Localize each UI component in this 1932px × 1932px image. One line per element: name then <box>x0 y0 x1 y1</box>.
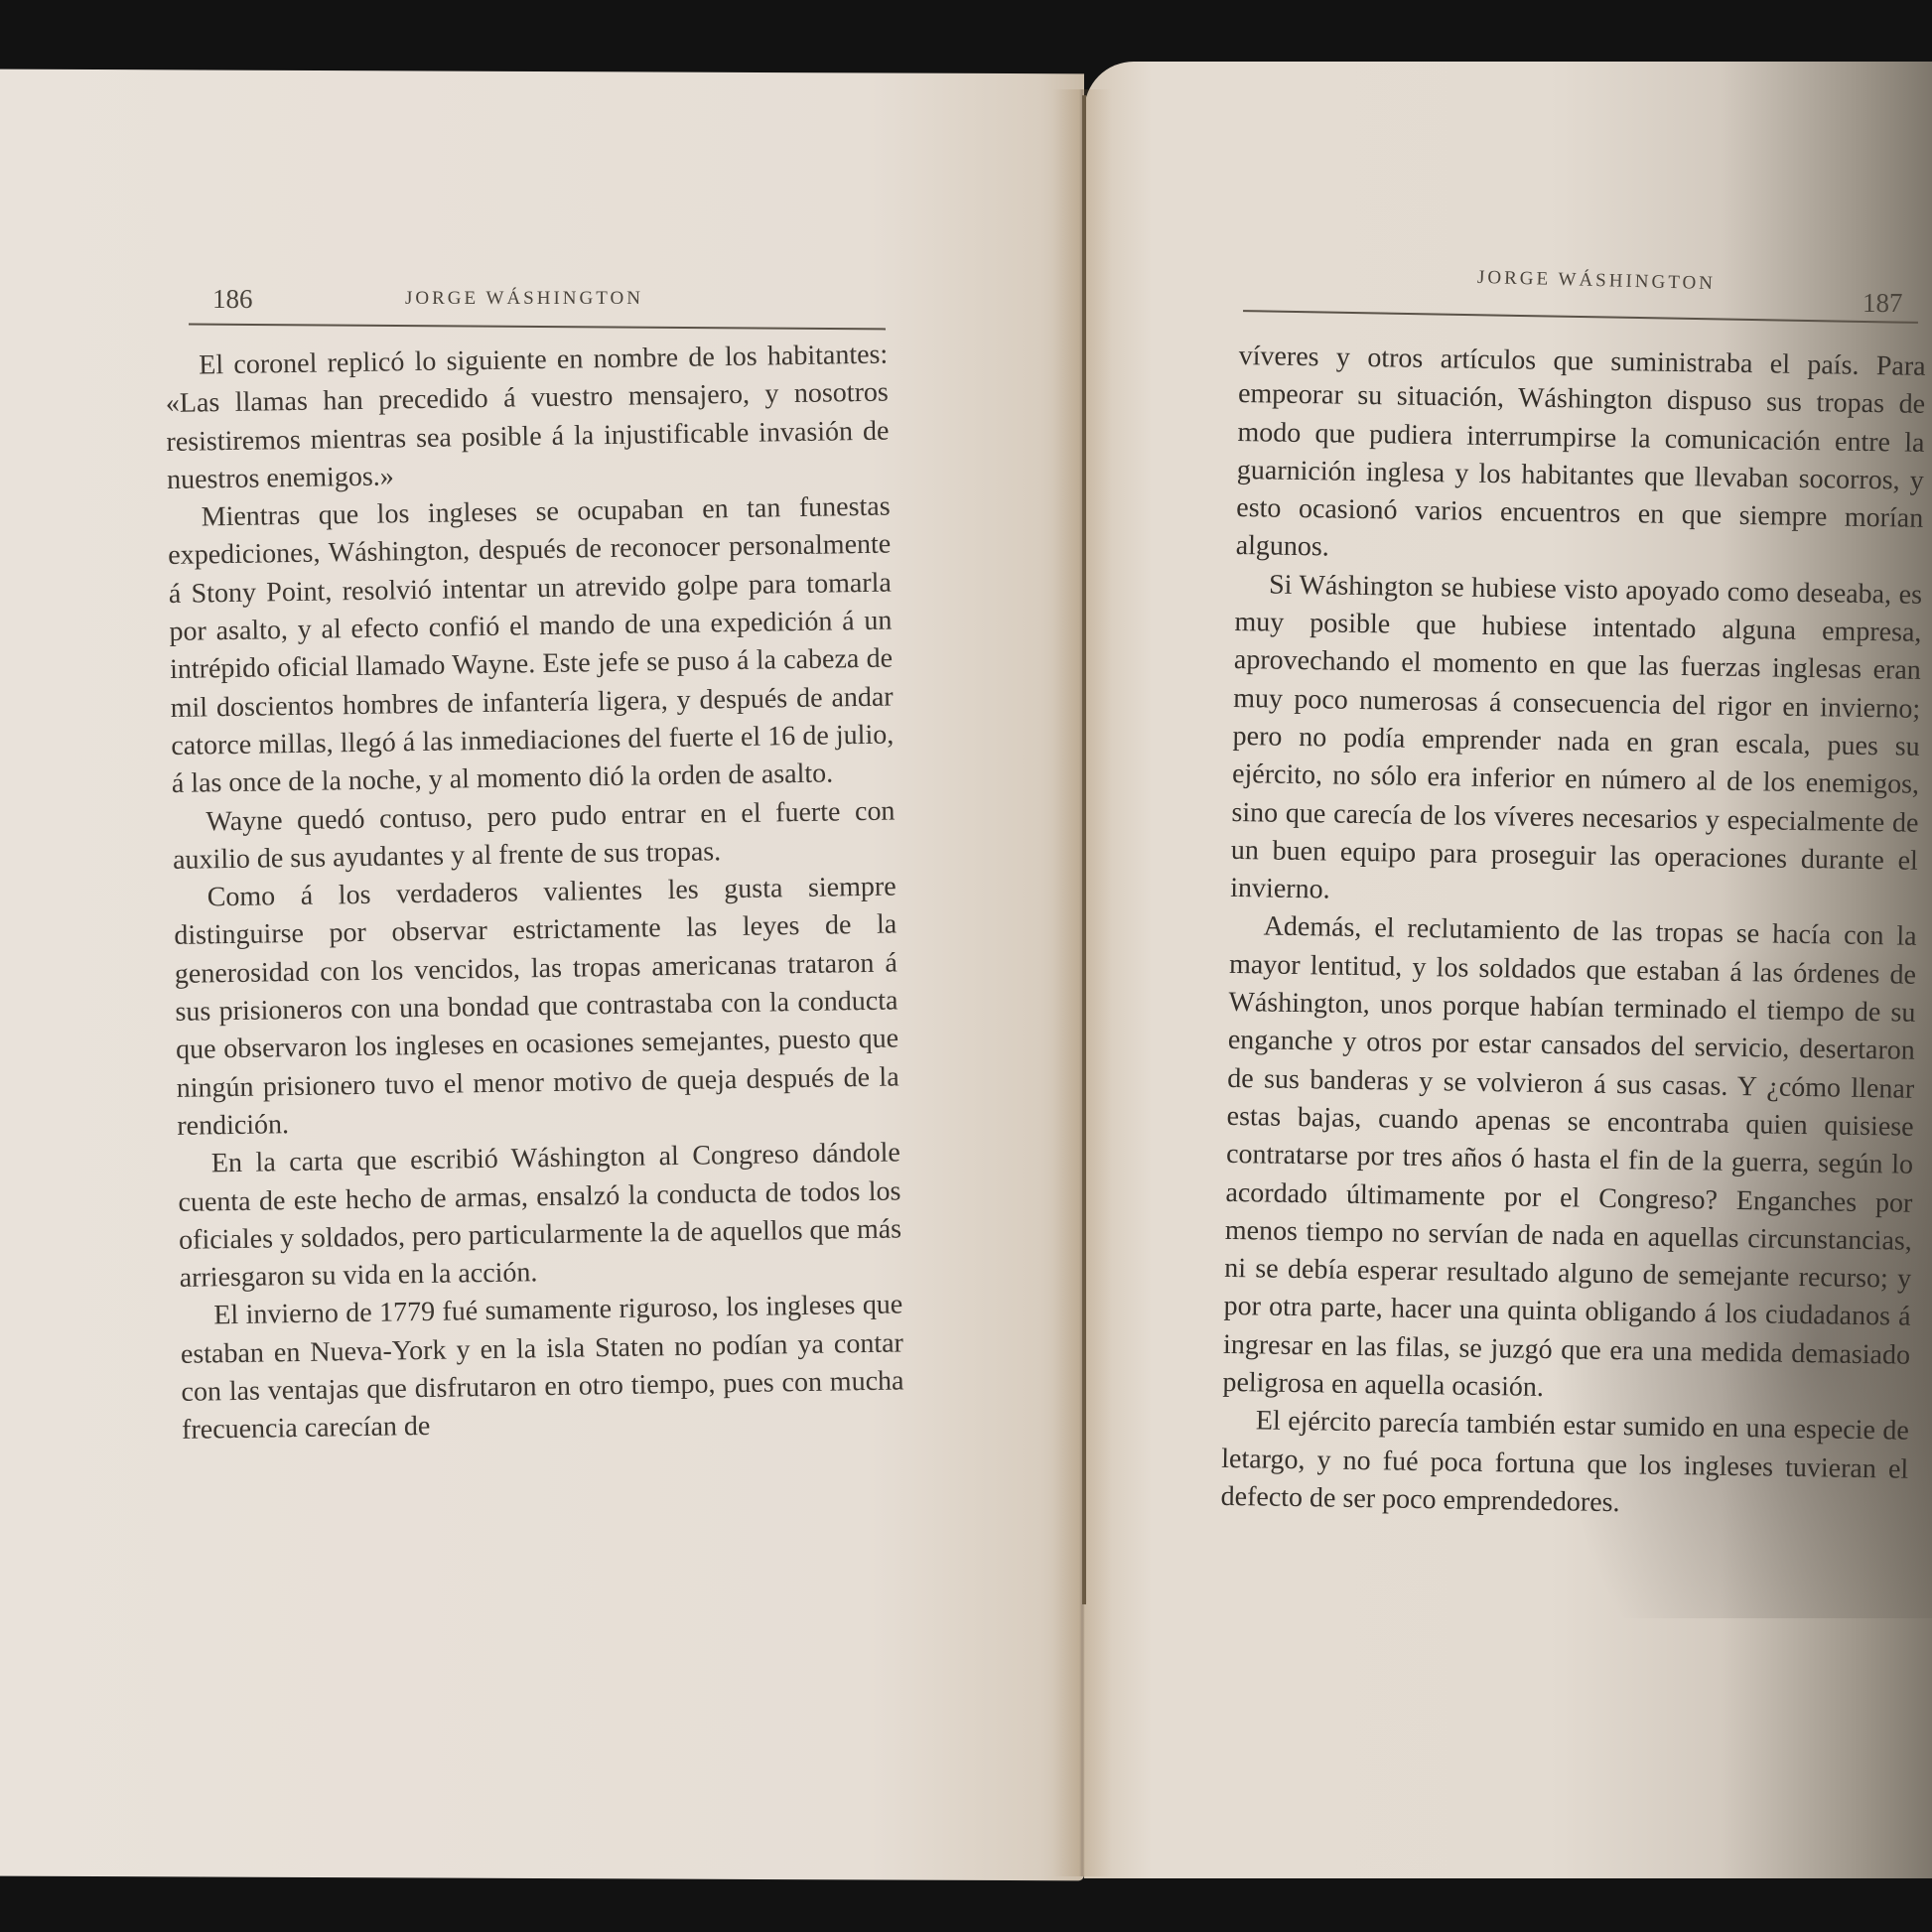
left-page-body: El coronel replicó lo siguiente en nombr… <box>165 337 904 1450</box>
paragraph: Mientras que los ingleses se ocupaban en… <box>167 488 895 804</box>
paragraph: El coronel replicó lo siguiente en nombr… <box>165 337 890 500</box>
paragraph: El invierno de 1779 fué sumamente riguro… <box>180 1287 904 1450</box>
right-page-header: 187 <box>1863 288 1903 319</box>
paragraph: víveres y otros artículos que suministra… <box>1235 338 1926 577</box>
paragraph: El ejército parecía también estar sumido… <box>1220 1402 1909 1527</box>
paragraph: Como á los verdaderos valientes les gust… <box>173 869 899 1146</box>
page-number: 186 <box>212 284 253 315</box>
paragraph: Wayne quedó contuso, pero pudo entrar en… <box>172 792 896 880</box>
right-page-body: víveres y otros artículos que suministra… <box>1220 338 1926 1527</box>
page-number: 187 <box>1863 288 1903 319</box>
paragraph: En la carta que escribió Wáshington al C… <box>178 1135 902 1299</box>
running-title: JORGE WÁSHINGTON <box>405 288 643 310</box>
left-page-header: 186 <box>212 284 253 315</box>
book-spine <box>1082 95 1086 1604</box>
paragraph: Además, el reclutamiento de las tropas s… <box>1222 907 1917 1413</box>
left-running-title: JORGE WÁSHINGTON <box>405 288 643 310</box>
paragraph: Si Wáshington se hubiese visto apoyado c… <box>1230 566 1922 918</box>
